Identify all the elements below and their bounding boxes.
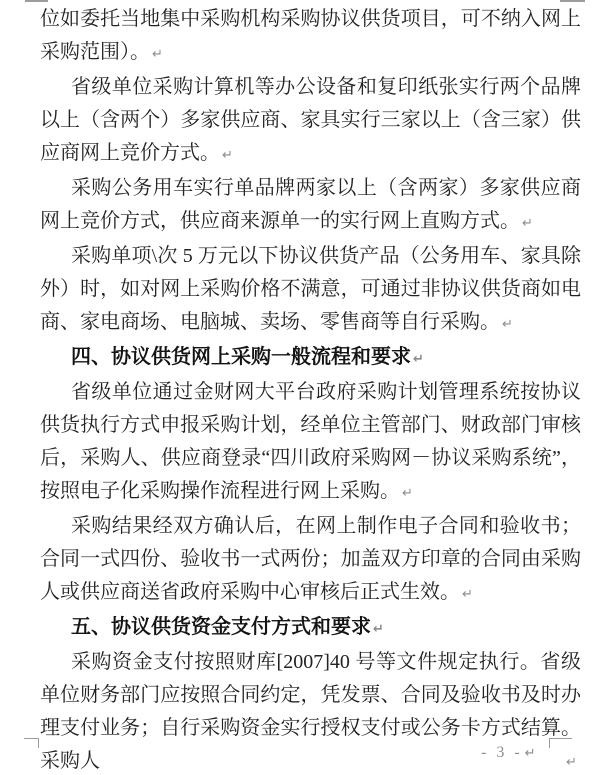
paragraph-text: 四、协议供货网上采购一般流程和要求 [71, 346, 411, 368]
section-heading: 四、协议供货网上采购一般流程和要求↵ [40, 341, 581, 376]
footer-return-mark: ↵ [566, 755, 577, 770]
text-boundary-mark-bottom-left [24, 738, 39, 748]
paragraph-text: 省级单位采购计算机等办公设备和复印纸张实行两个品牌以上（含两个）多家供应商、家具… [40, 76, 581, 164]
page-number: - 3 -↵ [481, 744, 536, 762]
paragraph-return-mark: ↵ [460, 587, 473, 602]
text-boundary-mark-top-right [560, 0, 585, 2]
paragraph: 采购公务用车实行单品牌两家以上（含两家）多家供应商网上竞价方式，供应商来源单一的… [40, 172, 581, 240]
paragraph-text: 省级单位通过金财网大平台政府采购计划管理系统按协议供货执行方式申报采购计划，经单… [40, 381, 581, 502]
paragraph: 采购单项\次 5 万元以下协议供货产品（公务用车、家具除外）时，如对网上采购价格… [40, 240, 581, 341]
document-page: 位如委托当地集中采购机构采购协议供货项目，可不纳入网上采购范围）。↵省级单位采购… [0, 0, 611, 775]
text-boundary-mark-bottom-right [549, 738, 572, 748]
paragraph-return-mark: ↵ [523, 746, 536, 761]
paragraph-return-mark: ↵ [520, 216, 533, 231]
paragraph: 省级单位通过金财网大平台政府采购计划管理系统按协议供货执行方式申报采购计划，经单… [40, 376, 581, 510]
paragraph-return-mark: ↵ [411, 352, 424, 367]
document-body: 位如委托当地集中采购机构采购协议供货项目，可不纳入网上采购范围）。↵省级单位采购… [40, 3, 581, 775]
paragraph: 位如委托当地集中采购机构采购协议供货项目，可不纳入网上采购范围）。↵ [40, 3, 581, 71]
paragraph-return-mark: ↵ [220, 148, 233, 163]
paragraph-return-mark: ↵ [500, 317, 513, 332]
paragraph-return-mark: ↵ [150, 47, 163, 62]
paragraph-text: 采购公务用车实行单品牌两家以上（含两家）多家供应商网上竞价方式，供应商来源单一的… [40, 177, 581, 232]
paragraph: 采购结果经双方确认后，在网上制作电子合同和验收书；合同一式四份、验收书一式两份；… [40, 510, 581, 611]
section-heading: 五、协议供货资金支付方式和要求↵ [40, 611, 581, 646]
paragraph-text: 五、协议供货资金支付方式和要求 [71, 616, 371, 638]
page-number-text: - 3 - [481, 744, 523, 761]
paragraph-text: 位如委托当地集中采购机构采购协议供货项目，可不纳入网上采购范围）。 [40, 8, 581, 63]
paragraph: 省级单位采购计算机等办公设备和复印纸张实行两个品牌以上（含两个）多家供应商、家具… [40, 71, 581, 172]
text-boundary-mark-top-left [25, 0, 48, 2]
paragraph-text: 采购结果经双方确认后，在网上制作电子合同和验收书；合同一式四份、验收书一式两份；… [40, 515, 581, 603]
paragraph-return-mark: ↵ [371, 622, 384, 637]
paragraph-return-mark: ↵ [400, 486, 413, 501]
